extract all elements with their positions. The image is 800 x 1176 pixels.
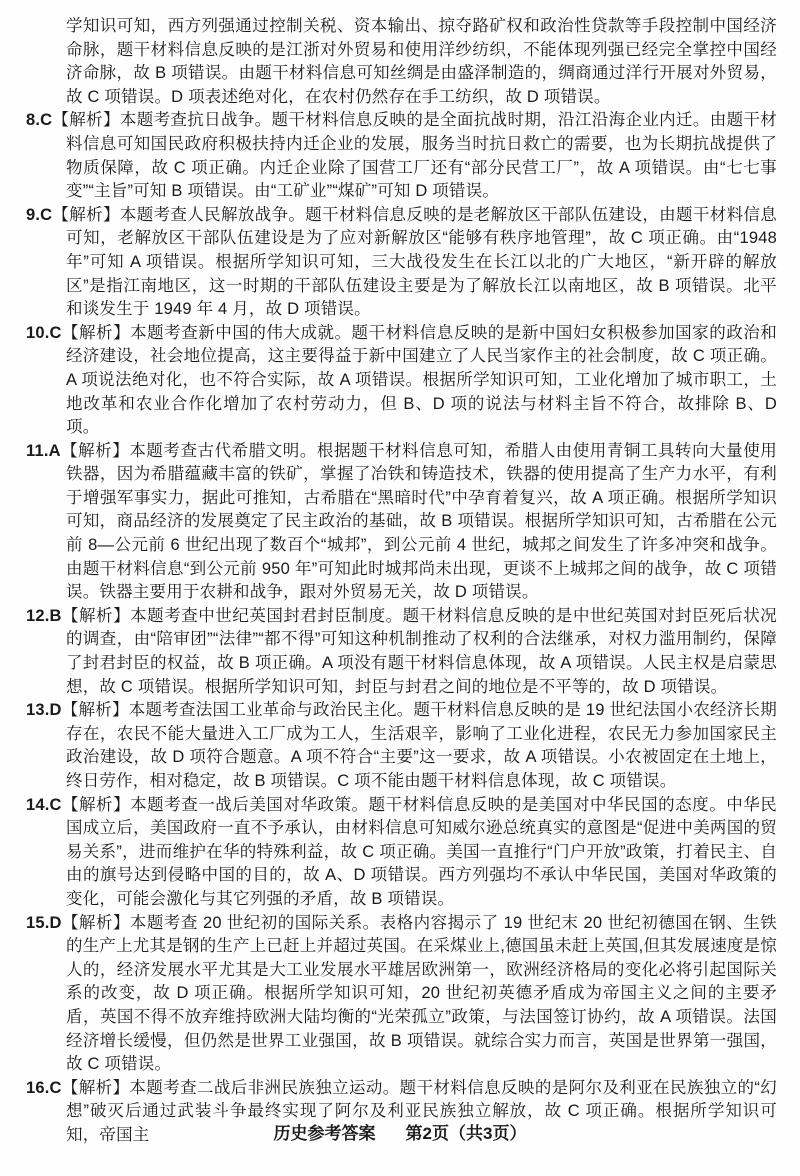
answer-number: 15.D [26,914,62,932]
analysis-label: 【解析】 [62,796,130,814]
analysis-label: 【解析】 [62,324,130,342]
answer-number: 8.C [26,111,52,129]
analysis-label: 【解析】 [52,206,120,224]
answer-item-12: 12.B【解析】本题考查中世纪英国封君封臣制度。题干材料信息反映的是中世纪英国对… [26,605,777,699]
analysis-label: 【解析】 [61,442,130,460]
analysis-label: 【解析】 [62,607,130,625]
answer-text: 本题考查人民解放战争。题干材料信息反映的是老解放区干部队伍建设，由题干材料信息可… [66,206,777,318]
answer-item-8: 8.C【解析】本题考查抗日战争。题干材料信息反映的是全面抗战时期，沿江沿海企业内… [26,109,777,203]
answer-text: 本题考查新中国的伟大成就。题干材料信息反映的是新中国妇女积极参加国家的政治和经济… [66,324,777,436]
analysis-label: 【解析】 [52,111,120,129]
answer-text: 本题考查古代希腊文明。根据题干材料信息可知，希腊人由使用青铜工具转向大量使用铁器… [66,442,777,602]
answer-number: 16.C [26,1079,62,1097]
answer-item-14: 14.C【解析】本题考查一战后美国对华政策。题干材料信息反映的是美国对中华民国的… [26,794,777,912]
answer-text: 本题考查 20 世纪初的国际关系。表格内容揭示了 19 世纪末 20 世纪初德国… [66,914,777,1074]
footer-doc-title: 历史参考答案 [274,1124,376,1143]
answer-item-7-continuation: 学知识可知，西方列强通过控制关税、资本输出、掠夺路矿权和政治性贷款等手段控制中国… [26,15,777,109]
analysis-label: 【解析】 [62,701,129,719]
analysis-label: 【解析】 [62,914,130,932]
footer-page-number: 第2页（共3页） [406,1124,527,1143]
answer-explanations: 学知识可知，西方列强通过控制关税、资本输出、掠夺路矿权和政治性贷款等手段控制中国… [0,0,800,1148]
answer-text: 本题考查法国工业革命与政治民主化。题干材料信息反映的是 19 世纪法国小农经济长… [66,701,777,790]
answer-text: 本题考查抗日战争。题干材料信息反映的是全面抗战时期，沿江沿海企业内迁。由题干材料… [66,111,777,200]
answer-text: 本题考查一战后美国对华政策。题干材料信息反映的是美国对中华民国的态度。中华民国成… [66,796,777,908]
answer-item-9: 9.C【解析】本题考查人民解放战争。题干材料信息反映的是老解放区干部队伍建设，由… [26,204,777,322]
answer-number: 12.B [26,607,62,625]
answer-number: 13.D [26,701,62,719]
answer-number: 9.C [26,206,52,224]
answer-number: 11.A [26,442,61,460]
answer-item-15: 15.D【解析】本题考查 20 世纪初的国际关系。表格内容揭示了 19 世纪末 … [26,912,777,1077]
answer-item-10: 10.C【解析】本题考查新中国的伟大成就。题干材料信息反映的是新中国妇女积极参加… [26,322,777,440]
answer-sheet-page: 学知识可知，西方列强通过控制关税、资本输出、掠夺路矿权和政治性贷款等手段控制中国… [0,0,800,1176]
answer-item-13: 13.D【解析】本题考查法国工业革命与政治民主化。题干材料信息反映的是 19 世… [26,699,777,793]
answer-item-11: 11.A【解析】本题考查古代希腊文明。根据题干材料信息可知，希腊人由使用青铜工具… [26,440,777,605]
answer-text: 本题考查中世纪英国封君封臣制度。题干材料信息反映的是中世纪英国对封臣死后状况的调… [66,607,777,696]
answer-number: 14.C [26,796,62,814]
answer-number: 10.C [26,324,62,342]
answer-text: 学知识可知，西方列强通过控制关税、资本输出、掠夺路矿权和政治性贷款等手段控制中国… [66,17,777,106]
analysis-label: 【解析】 [62,1079,130,1097]
page-footer: 历史参考答案第2页（共3页） [0,1119,800,1144]
